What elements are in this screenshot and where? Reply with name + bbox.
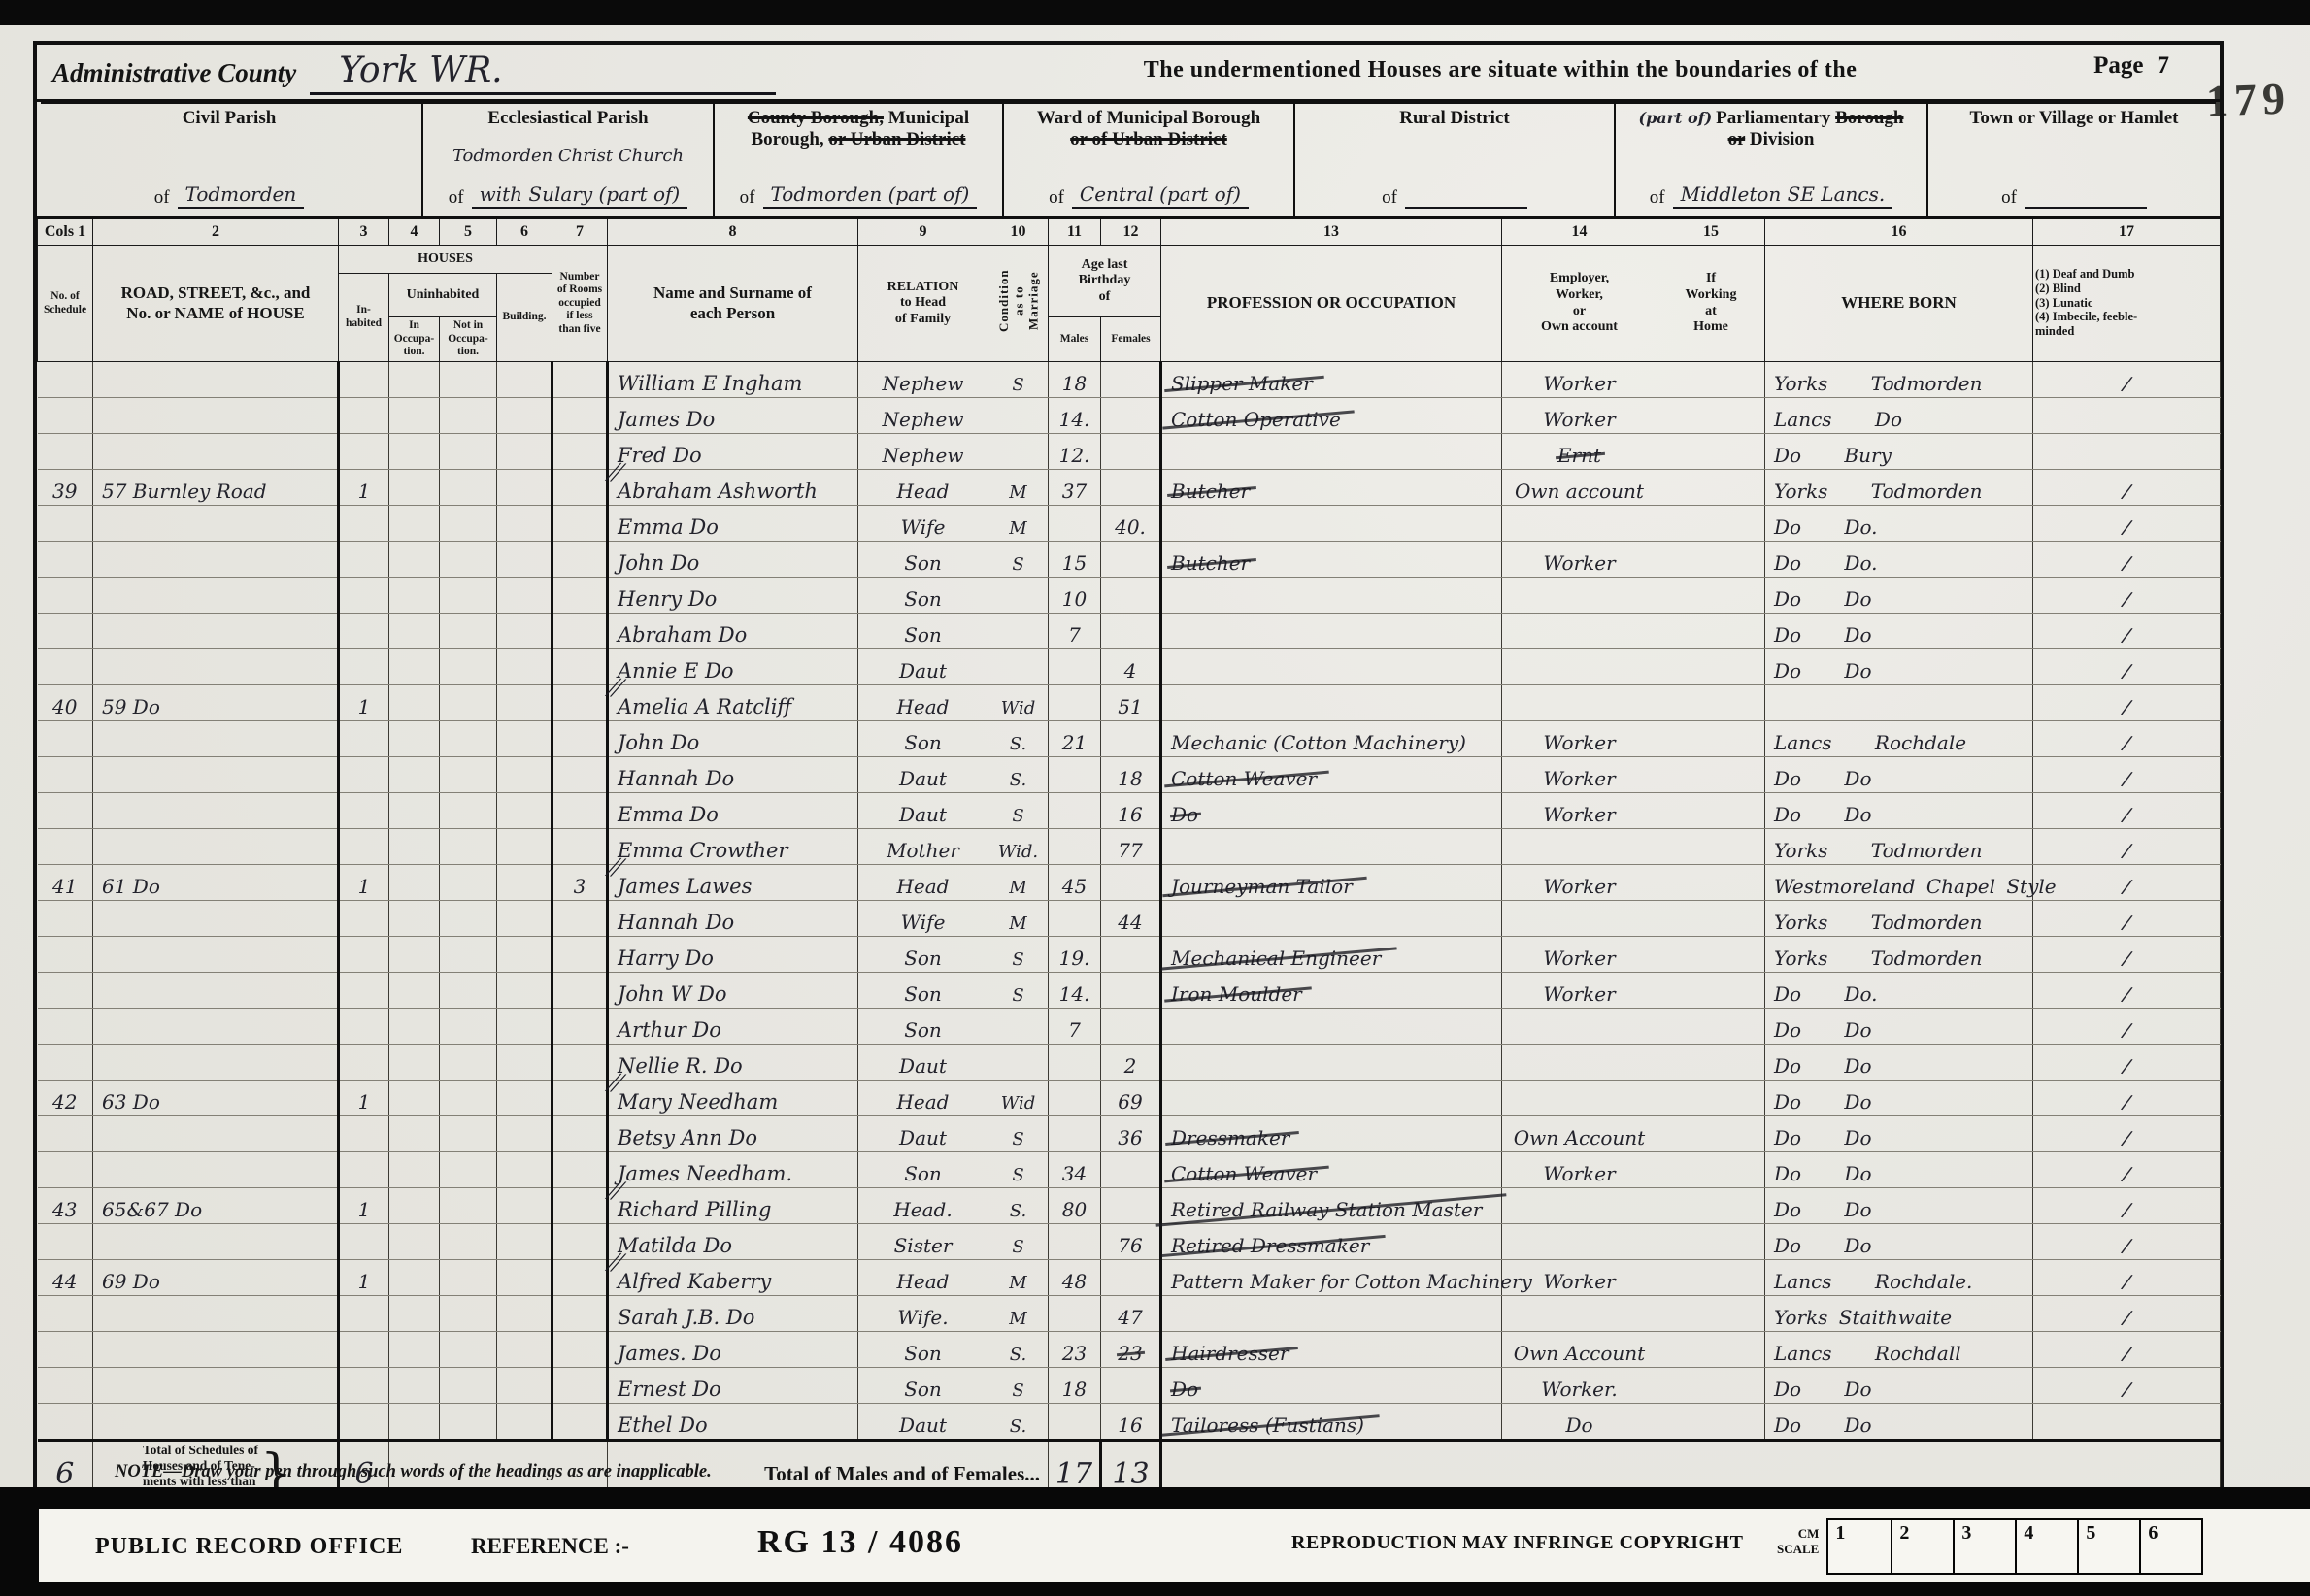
cell-occupation: Do <box>1161 793 1502 829</box>
cell-born: Do Do <box>1765 614 2033 649</box>
boundaries-statement: The undermentioned Houses are situate wi… <box>907 57 2093 95</box>
cell-schedule <box>38 578 93 614</box>
cell-infirmity: / <box>2033 362 2221 398</box>
cell-born: Yorks Todmorden <box>1765 470 2033 506</box>
cell-inhabited <box>339 434 389 470</box>
cell-building <box>497 1260 552 1296</box>
cell-age-female: 18 <box>1101 757 1161 793</box>
cell-not-occupation <box>440 1188 497 1224</box>
cell-address <box>93 901 339 937</box>
cell-relation: Mother <box>858 829 988 865</box>
cell-schedule: 39 <box>38 470 93 506</box>
cell-occupation <box>1161 649 1502 685</box>
cell-building <box>497 1152 552 1188</box>
cell-born: Yorks Todmorden <box>1765 829 2033 865</box>
scanned-census-page: 179 Administrative County York WR. The u… <box>0 0 2310 1596</box>
cell-address <box>93 1332 339 1368</box>
cell-home <box>1657 865 1765 901</box>
cell-inhabited <box>339 901 389 937</box>
cell-condition: S. <box>988 1188 1049 1224</box>
cell-schedule <box>38 1152 93 1188</box>
cell-home <box>1657 1404 1765 1441</box>
cell-born: Lancs Rochdall <box>1765 1332 2033 1368</box>
cell-schedule <box>38 973 93 1009</box>
cell-address <box>93 1116 339 1152</box>
cell-not-occupation <box>440 757 497 793</box>
field-ecclesiastical-parish: Ecclesiastical Parish Todmorden Christ C… <box>423 102 715 216</box>
cell-building <box>497 506 552 542</box>
cell-infirmity: / <box>2033 1009 2221 1045</box>
cell-age-female <box>1101 1368 1161 1404</box>
rural-district-title: Rural District <box>1301 108 1608 129</box>
column-number: 11 <box>1049 218 1101 246</box>
col-header-infirmity: (1) Deaf and Dumb (2) Blind (3) Lunatic … <box>2033 246 2221 362</box>
cell-infirmity: / <box>2033 614 2221 649</box>
struck-text: or of Urban District <box>1070 129 1227 150</box>
town-title: Town or Village or Hamlet <box>1934 108 2214 129</box>
cell-not-occupation <box>440 398 497 434</box>
cell-rooms <box>552 757 608 793</box>
cell-condition: Wid <box>988 685 1049 721</box>
cell-condition: Wid <box>988 1081 1049 1116</box>
cell-schedule <box>38 721 93 757</box>
cell-age-female: 47 <box>1101 1296 1161 1332</box>
municipal-value: Todmorden (part of) <box>763 183 978 209</box>
cell-relation: Daut <box>858 649 988 685</box>
municipal-title: Municipal <box>888 108 969 128</box>
cm-scale-cell: 1 <box>1828 1520 1891 1573</box>
field-town-village: Town or Village or Hamlet of <box>1928 102 2220 216</box>
cell-infirmity: / <box>2033 1116 2221 1152</box>
cell-address <box>93 937 339 973</box>
cell-infirmity: / <box>2033 793 2221 829</box>
cell-building <box>497 757 552 793</box>
cell-in-occupation <box>389 398 440 434</box>
cell-in-occupation <box>389 1152 440 1188</box>
cell-age-female: 44 <box>1101 901 1161 937</box>
cell-relation: Head <box>858 865 988 901</box>
cell-inhabited <box>339 578 389 614</box>
cell-name: Emma Crowther <box>608 829 858 865</box>
cell-address <box>93 1224 339 1260</box>
cell-relation: Head <box>858 685 988 721</box>
cm-scale-cell: 2 <box>1891 1520 1953 1573</box>
cell-building <box>497 1045 552 1081</box>
cell-age-male: 7 <box>1049 1009 1101 1045</box>
cell-address: 65&67 Do <box>93 1188 339 1224</box>
cell-relation: Daut <box>858 1045 988 1081</box>
cell-infirmity: / <box>2033 973 2221 1009</box>
cell-age-male: 21 <box>1049 721 1101 757</box>
col-header-rooms: Number of Rooms occupied if less than fi… <box>552 246 608 362</box>
col-header-schedule: No. of Schedule <box>38 246 93 362</box>
cell-home <box>1657 1188 1765 1224</box>
cell-age-male: 7 <box>1049 614 1101 649</box>
cell-condition: S <box>988 542 1049 578</box>
cell-address <box>93 649 339 685</box>
cell-not-occupation <box>440 829 497 865</box>
cell-age-female <box>1101 542 1161 578</box>
reference-value: RG 13 / 4086 <box>757 1524 963 1561</box>
cell-building <box>497 362 552 398</box>
table-row: Arthur DoSon7Do Do/ <box>38 1009 2221 1045</box>
cell-in-occupation <box>389 1009 440 1045</box>
cell-in-occupation <box>389 1045 440 1081</box>
census-rows: William E InghamNephewS18Slipper MakerWo… <box>38 362 2221 1441</box>
cell-employer: Worker <box>1502 1152 1657 1188</box>
cell-schedule <box>38 614 93 649</box>
civil-parish-value: Todmorden <box>178 183 305 209</box>
cell-infirmity: / <box>2033 1188 2221 1224</box>
cell-name: Hannah Do <box>608 757 858 793</box>
cell-inhabited <box>339 1368 389 1404</box>
cell-occupation: Mechanic (Cotton Machinery) <box>1161 721 1502 757</box>
cell-condition <box>988 649 1049 685</box>
cell-inhabited <box>339 1116 389 1152</box>
parl-title: Parliamentary <box>1716 108 1830 128</box>
cell-infirmity <box>2033 398 2221 434</box>
paper: 179 Administrative County York WR. The u… <box>0 25 2310 1487</box>
cell-occupation <box>1161 1045 1502 1081</box>
table-row: John DoSonS.21Mechanic (Cotton Machinery… <box>38 721 2221 757</box>
cell-rooms <box>552 434 608 470</box>
cell-relation: Head <box>858 1081 988 1116</box>
administrative-county: Administrative County York WR. <box>52 50 907 95</box>
cell-employer: Worker <box>1502 973 1657 1009</box>
col-header-home: If Working at Home <box>1657 246 1765 362</box>
cell-occupation: Iron Moulder <box>1161 973 1502 1009</box>
eccl-parish-value: with Sulary (part of) <box>472 183 688 209</box>
cell-inhabited <box>339 649 389 685</box>
cell-age-female: 77 <box>1101 829 1161 865</box>
cell-infirmity: / <box>2033 1296 2221 1332</box>
footnote: NOTE—Draw your pen through such words of… <box>115 1462 712 1482</box>
cell-not-occupation <box>440 1224 497 1260</box>
cell-name: Richard Pilling <box>608 1188 858 1224</box>
cell-in-occupation <box>389 649 440 685</box>
cell-employer <box>1502 614 1657 649</box>
cell-building <box>497 685 552 721</box>
cell-in-occupation <box>389 1224 440 1260</box>
cell-home <box>1657 937 1765 973</box>
cell-home <box>1657 1296 1765 1332</box>
cell-condition <box>988 1009 1049 1045</box>
cell-address: 61 Do <box>93 865 339 901</box>
cell-employer: Worker <box>1502 793 1657 829</box>
cell-relation: Son <box>858 1332 988 1368</box>
cell-occupation <box>1161 685 1502 721</box>
cm-scale: CM SCALE 123456 <box>1777 1518 2203 1575</box>
cell-building <box>497 721 552 757</box>
cell-rooms <box>552 362 608 398</box>
cell-condition: S. <box>988 757 1049 793</box>
cell-rooms <box>552 649 608 685</box>
eccl-parish-hand: Todmorden Christ Church <box>429 146 707 166</box>
parl-title2: Division <box>1750 129 1815 150</box>
cell-address <box>93 1296 339 1332</box>
cell-infirmity: / <box>2033 470 2221 506</box>
page-number: Page7 <box>2093 52 2204 95</box>
table-row: 4161 Do13∕∕James LawesHeadM45Journeyman … <box>38 865 2221 901</box>
column-number: 6 <box>497 218 552 246</box>
cell-born: Lancs Rochdale. <box>1765 1260 2033 1296</box>
cell-age-female: 69 <box>1101 1081 1161 1116</box>
cell-inhabited <box>339 1404 389 1441</box>
census-form: Administrative County York WR. The under… <box>33 41 2224 1512</box>
cell-in-occupation <box>389 1404 440 1441</box>
table-row: Fred DoNephew12.ErntDo Bury <box>38 434 2221 470</box>
cell-occupation: Slipper Maker <box>1161 362 1502 398</box>
cell-schedule: 44 <box>38 1260 93 1296</box>
civil-parish-title: Civil Parish <box>43 108 416 129</box>
cell-infirmity: / <box>2033 1081 2221 1116</box>
cell-infirmity: / <box>2033 1045 2221 1081</box>
cell-infirmity: / <box>2033 1152 2221 1188</box>
cell-address: 69 Do <box>93 1260 339 1296</box>
cell-relation: Son <box>858 1152 988 1188</box>
cell-rooms <box>552 1368 608 1404</box>
cell-schedule <box>38 1224 93 1260</box>
cell-inhabited <box>339 1045 389 1081</box>
cell-home <box>1657 1152 1765 1188</box>
column-number: 3 <box>339 218 389 246</box>
cell-building <box>497 1188 552 1224</box>
cell-age-female <box>1101 1260 1161 1296</box>
cell-employer <box>1502 829 1657 865</box>
cell-age-female <box>1101 973 1161 1009</box>
cell-relation: Son <box>858 614 988 649</box>
cell-condition <box>988 398 1049 434</box>
cell-occupation: Cotton Operative <box>1161 398 1502 434</box>
cell-age-male: 48 <box>1049 1260 1101 1296</box>
cell-employer: Worker <box>1502 865 1657 901</box>
cell-relation: Son <box>858 1009 988 1045</box>
cell-inhabited <box>339 1152 389 1188</box>
cell-name: Nellie R. Do <box>608 1045 858 1081</box>
cell-name: Alfred Kaberry <box>608 1260 858 1296</box>
cell-in-occupation <box>389 1332 440 1368</box>
eccl-parish-title: Ecclesiastical Parish <box>429 108 707 129</box>
table-row: William E InghamNephewS18Slipper MakerWo… <box>38 362 2221 398</box>
cell-inhabited: 1 <box>339 1081 389 1116</box>
cell-not-occupation <box>440 434 497 470</box>
admin-county-value: York WR. <box>310 50 776 95</box>
cell-not-occupation <box>440 1296 497 1332</box>
ward-value: Central (part of) <box>1072 183 1249 209</box>
field-ward: Ward of Municipal Borough or of Urban Di… <box>1004 102 1295 216</box>
cell-address <box>93 1045 339 1081</box>
cell-not-occupation <box>440 1368 497 1404</box>
cell-not-occupation <box>440 1116 497 1152</box>
cell-building <box>497 1332 552 1368</box>
cell-born: Do Do. <box>1765 506 2033 542</box>
cell-relation: Son <box>858 973 988 1009</box>
cell-condition: Wid. <box>988 829 1049 865</box>
cell-name: Emma Do <box>608 506 858 542</box>
cell-born: Do Bury <box>1765 434 2033 470</box>
table-row: 4365&67 Do1∕∕Richard PillingHead.S.80Ret… <box>38 1188 2221 1224</box>
cell-address <box>93 973 339 1009</box>
cell-address <box>93 1368 339 1404</box>
struck-text: or Urban District <box>828 129 965 150</box>
cell-not-occupation <box>440 470 497 506</box>
cell-age-male <box>1049 1296 1101 1332</box>
cell-employer: Worker <box>1502 542 1657 578</box>
column-number: 16 <box>1765 218 2033 246</box>
of-label: of <box>1382 187 1397 209</box>
cell-name: James Needham. <box>608 1152 858 1188</box>
cell-occupation: Mechanical Engineer <box>1161 937 1502 973</box>
cell-in-occupation <box>389 901 440 937</box>
cell-name: Hannah Do <box>608 901 858 937</box>
cell-rooms <box>552 901 608 937</box>
cell-infirmity: / <box>2033 721 2221 757</box>
cell-building <box>497 542 552 578</box>
col-header-females: Females <box>1101 317 1161 362</box>
col-header-males: Males <box>1049 317 1101 362</box>
cell-relation: Nephew <box>858 398 988 434</box>
cell-building <box>497 901 552 937</box>
ward-title: Ward of Municipal Borough <box>1037 108 1260 128</box>
column-number: 4 <box>389 218 440 246</box>
cell-building <box>497 398 552 434</box>
cell-address <box>93 578 339 614</box>
cell-home <box>1657 1081 1765 1116</box>
cell-occupation: Retired Railway Station Master <box>1161 1188 1502 1224</box>
column-number: 17 <box>2033 218 2221 246</box>
column-number: 2 <box>93 218 339 246</box>
rural-district-value <box>1405 206 1527 209</box>
cm-scale-cell: 3 <box>1953 1520 2015 1573</box>
cell-inhabited <box>339 721 389 757</box>
cell-building <box>497 793 552 829</box>
table-row: John DoSonS15ButcherWorkerDo Do./ <box>38 542 2221 578</box>
cell-age-male: 34 <box>1049 1152 1101 1188</box>
cell-employer: Worker <box>1502 937 1657 973</box>
cell-rooms <box>552 1404 608 1441</box>
table-row: Abraham DoSon7Do Do/ <box>38 614 2221 649</box>
cell-name: Mary Needham <box>608 1081 858 1116</box>
cell-name: Ethel Do <box>608 1404 858 1441</box>
cell-in-occupation <box>389 434 440 470</box>
cell-condition: S. <box>988 721 1049 757</box>
cell-employer: Worker <box>1502 1260 1657 1296</box>
cell-relation: Nephew <box>858 362 988 398</box>
cell-infirmity: / <box>2033 1368 2221 1404</box>
cell-inhabited: 1 <box>339 1260 389 1296</box>
cell-address: 57 Burnley Road <box>93 470 339 506</box>
cell-occupation <box>1161 434 1502 470</box>
table-row: Hannah DoWifeM44Yorks Todmorden/ <box>38 901 2221 937</box>
cell-home <box>1657 434 1765 470</box>
cell-rooms: 3∕∕ <box>552 865 608 901</box>
cell-born: Lancs Do <box>1765 398 2033 434</box>
cell-age-female <box>1101 1188 1161 1224</box>
cell-born: Do Do <box>1765 1188 2033 1224</box>
cell-schedule <box>38 362 93 398</box>
cell-occupation <box>1161 506 1502 542</box>
cell-infirmity: / <box>2033 901 2221 937</box>
column-number: 12 <box>1101 218 1161 246</box>
cell-rooms <box>552 937 608 973</box>
cell-not-occupation <box>440 901 497 937</box>
cell-in-occupation <box>389 470 440 506</box>
footer-band: PUBLIC RECORD OFFICE REFERENCE :- RG 13 … <box>0 1487 2310 1596</box>
boundary-fields: Civil Parish ofTodmorden Ecclesiastical … <box>37 102 2220 216</box>
cell-rooms: ∕∕ <box>552 470 608 506</box>
cell-born: Do Do <box>1765 578 2033 614</box>
cell-home <box>1657 398 1765 434</box>
column-number: 7 <box>552 218 608 246</box>
cell-born: Do Do. <box>1765 973 2033 1009</box>
cell-occupation: Dressmaker <box>1161 1116 1502 1152</box>
cell-born: Do Do <box>1765 1152 2033 1188</box>
cell-address <box>93 398 339 434</box>
cell-infirmity: / <box>2033 1224 2221 1260</box>
cell-home <box>1657 506 1765 542</box>
cell-born: Yorks Todmorden <box>1765 362 2033 398</box>
cell-employer <box>1502 1009 1657 1045</box>
page-label: Page <box>2093 52 2143 79</box>
cell-condition: S. <box>988 1332 1049 1368</box>
cell-occupation <box>1161 1009 1502 1045</box>
cell-born <box>1765 685 2033 721</box>
cell-address <box>93 757 339 793</box>
cell-infirmity: / <box>2033 649 2221 685</box>
cell-employer <box>1502 649 1657 685</box>
cell-schedule <box>38 1404 93 1441</box>
cell-inhabited: 1 <box>339 685 389 721</box>
cell-in-occupation <box>389 865 440 901</box>
cell-condition: S <box>988 937 1049 973</box>
cell-condition: M <box>988 1260 1049 1296</box>
col-header-road: ROAD, STREET, &c., and No. or NAME of HO… <box>93 246 339 362</box>
cell-occupation: Tailoress (Fustians) <box>1161 1404 1502 1441</box>
of-label: of <box>154 187 170 209</box>
cell-home <box>1657 362 1765 398</box>
cell-rooms <box>552 721 608 757</box>
cell-inhabited: 1 <box>339 865 389 901</box>
col-header-houses: HOUSES <box>339 246 552 274</box>
cell-home <box>1657 757 1765 793</box>
cell-inhabited: 1 <box>339 470 389 506</box>
cell-rooms <box>552 1296 608 1332</box>
cell-building <box>497 1009 552 1045</box>
column-number: 9 <box>858 218 988 246</box>
cell-in-occupation <box>389 973 440 1009</box>
cell-name: Abraham Ashworth <box>608 470 858 506</box>
struck-text: Borough <box>1835 108 1903 128</box>
cell-born: Do Do <box>1765 1404 2033 1441</box>
cell-occupation: Cotton Weaver <box>1161 1152 1502 1188</box>
cell-address <box>93 614 339 649</box>
cell-name: Ernest Do <box>608 1368 858 1404</box>
cell-rooms <box>552 398 608 434</box>
cell-building <box>497 829 552 865</box>
cell-address <box>93 793 339 829</box>
cell-rooms: ∕∕ <box>552 1188 608 1224</box>
census-table: Cols 1234567891011121314151617 No. of Sc… <box>37 216 2221 1508</box>
cell-not-occupation <box>440 578 497 614</box>
table-header: Cols 1234567891011121314151617 No. of Sc… <box>38 218 2221 362</box>
cell-inhabited <box>339 614 389 649</box>
cell-rooms <box>552 614 608 649</box>
cell-rooms <box>552 973 608 1009</box>
cell-name: James Lawes <box>608 865 858 901</box>
of-label: of <box>1049 187 1064 209</box>
cell-age-female <box>1101 362 1161 398</box>
cell-age-female: 4 <box>1101 649 1161 685</box>
